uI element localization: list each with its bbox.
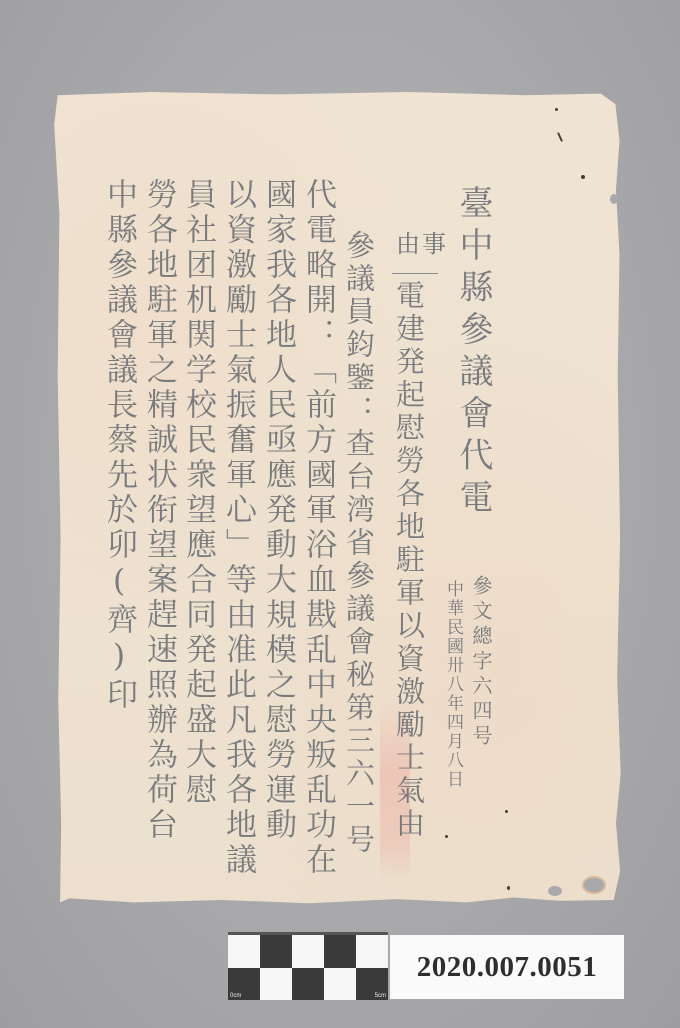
scale-square [292, 935, 324, 968]
paper-speck [555, 108, 558, 111]
document-date: 中華民國卅八年四月八日 [444, 580, 461, 789]
paper-speck [507, 886, 510, 890]
subject-label-char: 由 [396, 232, 420, 256]
document-title: 臺中縣參議會代電 [456, 185, 490, 521]
body-column-4: 員社团机関学校民衆望應合同発起盛大慰 [182, 178, 213, 808]
paper-hole [582, 876, 606, 894]
signature-column: 中縣參議會議長蔡先於卯(齊)印 [103, 178, 134, 713]
body-column-5: 勞各地駐軍之精誠状衔望案趕速照辦為荷台 [143, 178, 174, 843]
paper-hole [548, 886, 562, 896]
subject-label: 事 由 [396, 232, 446, 256]
paper-speck [445, 835, 448, 838]
scale-square [260, 935, 292, 968]
subject-label-char: 事 [422, 232, 446, 256]
scale-square [324, 968, 356, 1001]
paper-speck [581, 175, 585, 179]
body-column-3: 以資激勵士氣振奮軍心」等由准此凡我各地議 [222, 178, 253, 878]
document-subject: 電建発起慰勞各地駐軍以資激勵士氣由 [394, 280, 423, 841]
scale-square [356, 935, 388, 968]
scale-square [228, 935, 260, 968]
reference-number: 參文總字六四号 [471, 575, 491, 750]
scale-square [324, 935, 356, 968]
accession-label: 2020.007.0051 [390, 935, 624, 999]
scale-square [292, 968, 324, 1001]
accession-number: 2020.007.0051 [417, 951, 598, 984]
scale-unit-end: 5cm [375, 993, 386, 999]
scale-square [260, 968, 292, 1001]
paper-speck [505, 810, 508, 813]
color-scale-bar: 0cm 5cm [228, 932, 388, 1000]
body-column-2: 國家我各地人民亟應発動大規模之慰勞運動 [262, 178, 293, 843]
scale-unit-start: 0cm [230, 993, 241, 999]
subject-underline [392, 273, 438, 274]
body-column-1: 代電略開：「前方國軍浴血戡乱中央叛乱功在 [302, 178, 333, 878]
body-intro-column: 參議員鈞鑒：查台湾省參議會秘第三六一号 [344, 230, 373, 857]
paper-hole [610, 194, 618, 204]
